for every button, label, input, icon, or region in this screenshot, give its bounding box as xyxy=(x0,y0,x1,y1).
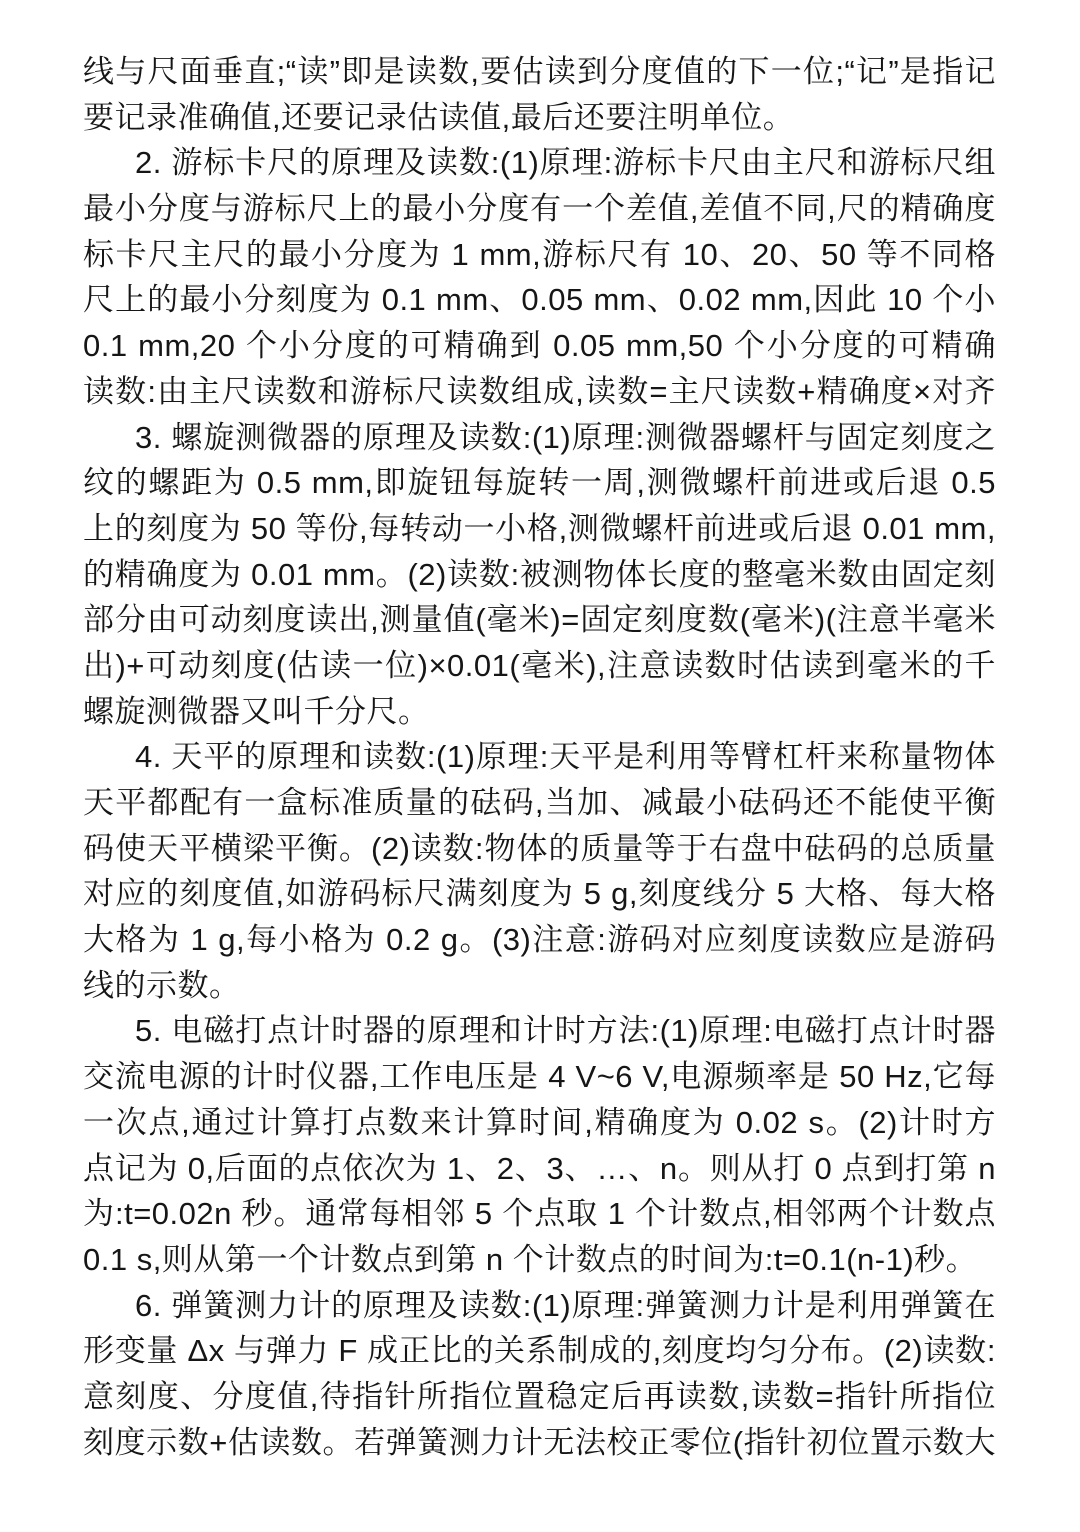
text-line: 3. 螺旋测微器的原理及读数:(1)原理:测微器螺杆与固定刻度之间的精密螺 xyxy=(83,415,996,461)
text-line: 尺上的最小分刻度为 0.1 mm、0.05 mm、0.02 mm,因此 10 个… xyxy=(83,277,996,323)
text-line: 形变量 Δx 与弹力 F 成正比的关系制成的,刻度均匀分布。(2)读数:读数时要… xyxy=(83,1328,996,1374)
text-line: 2. 游标卡尺的原理及读数:(1)原理:游标卡尺由主尺和游标尺组成,主尺上的 xyxy=(83,140,996,186)
text-line: 0.1 mm,20 个小分度的可精确到 0.05 mm,50 个小分度的可精确到… xyxy=(83,323,996,369)
text-line: 天平都配有一盒标准质量的砝码,当加、减最小砝码还不能使平衡时,可移动游 xyxy=(83,780,996,826)
text-line: 刻度示数+估读数。若弹簧测力计无法校正零位(指针初位置示数大于零刻度), xyxy=(83,1420,996,1466)
text-line: 交流电源的计时仪器,工作电压是 4 V~6 V,电源频率是 50 Hz,它每隔 … xyxy=(83,1054,996,1100)
text-line: 对应的刻度值,如游码标尺满刻度为 5 g,刻度线分 5 大格、每大格分 5 小格… xyxy=(83,871,996,917)
text-line: 螺旋测微器又叫千分尺。 xyxy=(83,689,996,735)
document-body: 线与尺面垂直;“读”即是读数,要估读到分度值的下一位;“记”是指记录时既要记录准… xyxy=(83,49,996,1465)
text-line: 的精确度为 0.01 mm。(2)读数:被测物体长度的整毫米数由固定刻度读出,小… xyxy=(83,552,996,598)
text-line: 一次点,通过计算打点数来计算时间,精确度为 0.02 s。(2)计时方法:如果第… xyxy=(83,1100,996,1146)
text-line: 要记录准确值,还要记录估读值,最后还要注明单位。 xyxy=(83,95,996,141)
text-line: 线的示数。 xyxy=(83,963,996,1009)
text-line: 6. 弹簧测力计的原理及读数:(1)原理:弹簧测力计是利用弹簧在弹性限度内, xyxy=(83,1283,996,1329)
text-line: 最小分度与游标尺上的最小分度有一个差值,差值不同,尺的精确度就不同。游 xyxy=(83,186,996,232)
text-line: 读数:由主尺读数和游标尺读数组成,读数=主尺读数+精确度×对齐游标尺格数。 xyxy=(83,369,996,415)
text-line: 出)+可动刻度(估读一位)×0.01(毫米),注意读数时估读到毫米的千分位上,因… xyxy=(83,643,996,689)
text-line: 码使天平横梁平衡。(2)读数:物体的质量等于右盘中砝码的总质量加上游码所 xyxy=(83,826,996,872)
text-line: 为:t=0.02n 秒。通常每相邻 5 个点取 1 个计数点,相邻两个计数点的时… xyxy=(83,1191,996,1237)
text-line: 0.1 s,则从第一个计数点到第 n 个计数点的时间为:t=0.1(n-1)秒。 xyxy=(83,1237,996,1283)
text-line: 点记为 0,后面的点依次为 1、2、3、…、n。则从打 0 点到打第 n 点的时… xyxy=(83,1146,996,1192)
document-page: 线与尺面垂直;“读”即是读数,要估读到分度值的下一位;“记”是指记录时既要记录准… xyxy=(0,0,1080,1532)
text-line: 标卡尺主尺的最小分度为 1 mm,游标尺有 10、20、50 等不同格数,不同规… xyxy=(83,232,996,278)
text-line: 大格为 1 g,每小格为 0.2 g。(3)注意:游码对应刻度读数应是游码左端所… xyxy=(83,917,996,963)
text-line: 4. 天平的原理和读数:(1)原理:天平是利用等臂杠杆来称量物体质量的,每一 xyxy=(83,734,996,780)
text-line: 线与尺面垂直;“读”即是读数,要估读到分度值的下一位;“记”是指记录时既 xyxy=(83,49,996,95)
text-line: 上的刻度为 50 等份,每转动一小格,测微螺杆前进或后退 0.01 mm,即螺旋… xyxy=(83,506,996,552)
text-line: 5. 电磁打点计时器的原理和计时方法:(1)原理:电磁打点计时器是使用低压 xyxy=(83,1008,996,1054)
text-line: 意刻度、分度值,待指针所指位置稳定后再读数,读数=指针所指位置上移最邻近 xyxy=(83,1374,996,1420)
text-line: 部分由可动刻度读出,测量值(毫米)=固定刻度数(毫米)(注意半毫米刻线是否露 xyxy=(83,597,996,643)
text-line: 纹的螺距为 0.5 mm,即旋钮每旋转一周,测微螺杆前进或后退 0.5 mm,而… xyxy=(83,460,996,506)
